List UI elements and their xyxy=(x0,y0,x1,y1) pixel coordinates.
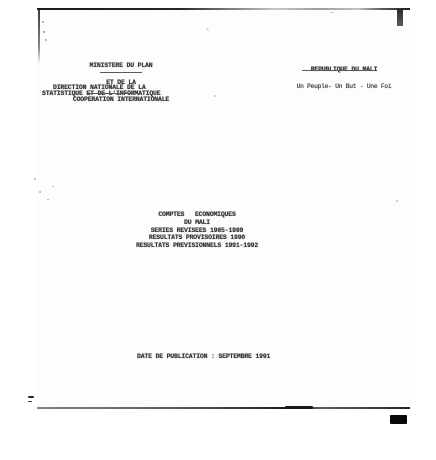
scan-speckle xyxy=(34,178,36,180)
publication-date-line: DATE DE PUBLICATION : SEPTEMBRE 1991 xyxy=(137,354,270,360)
title-line-5: RESULTATS PREVISIONNELS 1991-1992 xyxy=(122,243,272,249)
scan-speckle xyxy=(47,199,49,200)
scan-speckle xyxy=(42,21,44,23)
scan-speckle xyxy=(330,12,334,13)
scan-speckle xyxy=(52,186,54,187)
ink-blob-bottom-right xyxy=(390,415,407,424)
page-corner-mark xyxy=(397,9,403,26)
page-top-edge-line xyxy=(37,8,410,10)
screenshot-root: { "colors": { "paper": "#fdfdfc", "ink":… xyxy=(0,0,436,460)
title-line-4: RESULTATS PROVISOIRES 1990 xyxy=(122,235,272,241)
scan-speckle xyxy=(39,191,41,193)
scan-speckle xyxy=(43,31,45,33)
scan-speckle xyxy=(396,200,398,202)
page-left-edge-line xyxy=(38,10,40,64)
ministry-line-1: MINISTERE DU PLAN xyxy=(65,63,177,69)
ministry-line-3: COOPERATION INTERNATIONALE xyxy=(65,97,177,103)
direction-underline xyxy=(88,93,133,94)
scan-speckle xyxy=(45,39,47,41)
title-line-3: SERIES REVISEES 1985-1989 xyxy=(122,228,272,234)
ministry-underline xyxy=(100,72,142,73)
bottom-edge-dark-segment xyxy=(285,406,313,409)
document-title-block: COMPTES ECONOMIQUES DU MALI SERIES REVIS… xyxy=(122,212,272,249)
title-line-1: COMPTES ECONOMIQUES xyxy=(122,212,272,218)
scan-mark-bottom-left xyxy=(28,396,34,398)
scan-mark-bottom-left-2 xyxy=(28,401,32,403)
ministry-block: MINISTERE DU PLAN ET DE LA COOPERATION I… xyxy=(65,52,177,114)
republic-motto: Un Peuple- Un But - Une Foi xyxy=(280,84,408,90)
republic-block: REPUBLIQUE DU MALI Un Peuple- Un But - U… xyxy=(280,56,408,101)
scan-speckle xyxy=(214,95,216,97)
title-line-2: DU MALI xyxy=(122,220,272,226)
scanned-page: MINISTERE DU PLAN ET DE LA COOPERATION I… xyxy=(37,8,410,409)
republic-underline xyxy=(302,70,374,71)
page-bottom-edge-line xyxy=(37,407,410,409)
